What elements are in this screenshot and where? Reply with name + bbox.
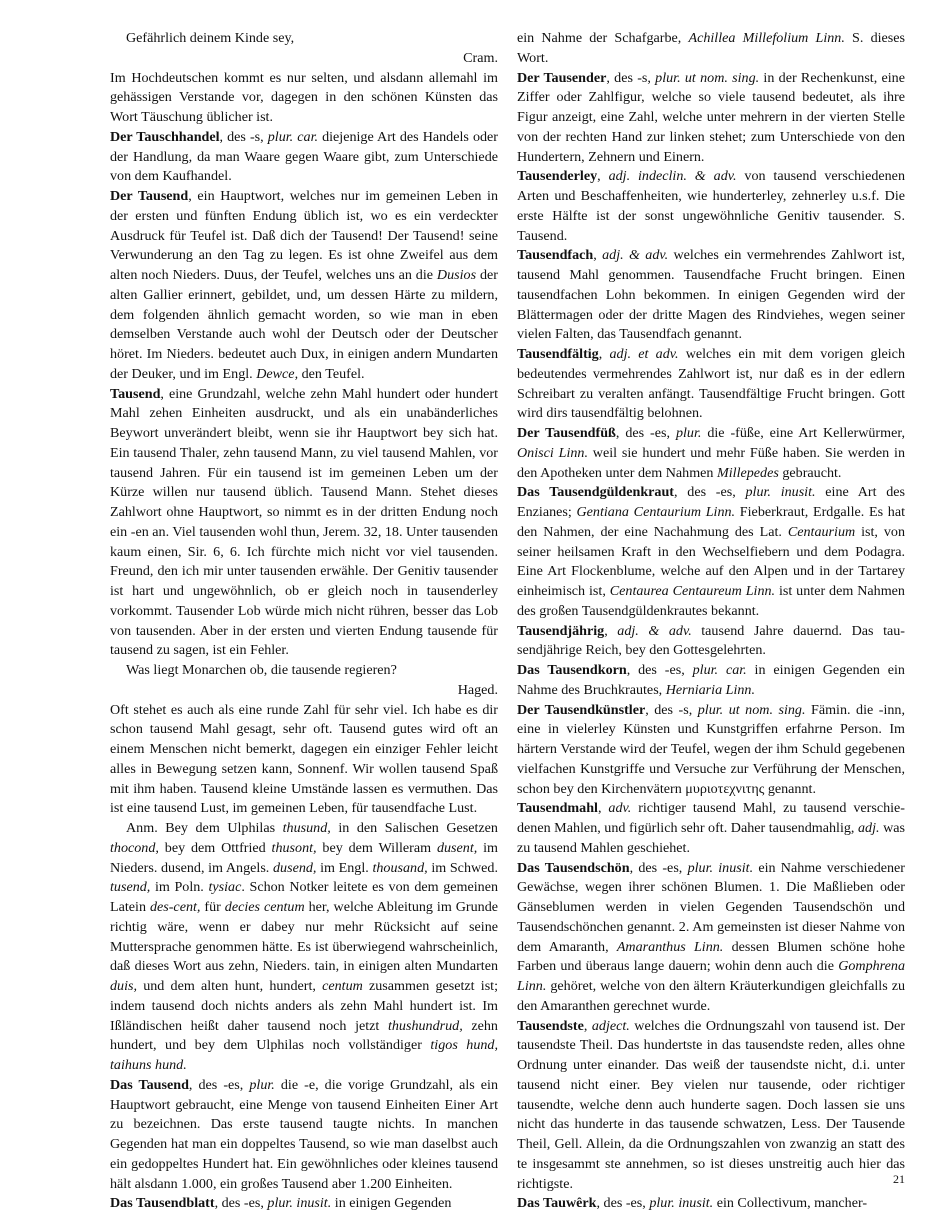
entry-text: , des -es, <box>627 662 693 678</box>
entry-text: bey dem Willeram <box>317 840 437 856</box>
entry-headword: Tausendfach <box>517 247 593 263</box>
entry-text: für <box>200 899 224 915</box>
entry-text: , des -s, <box>645 702 698 718</box>
italic-term: decies centum <box>225 899 305 915</box>
italic-term: thocond, <box>110 840 159 856</box>
entry-headword: Tausend <box>110 386 160 402</box>
quote-attribution: Haged. <box>110 681 498 701</box>
entry-text: Im Hochdeutschen kommt es nur selten, un… <box>110 70 498 126</box>
entry-text: in einigen Gegenden <box>331 1195 451 1210</box>
italic-term: plur. car. <box>268 129 318 145</box>
entry-text: im Engl. <box>316 860 372 876</box>
entry-headword: Tausendjährig <box>517 623 604 639</box>
dictionary-entry: Der Tausender, des -s, plur. ut nom. sin… <box>517 69 905 168</box>
page-number: 21 <box>885 1172 905 1187</box>
entry-text: , des -s, <box>606 70 655 86</box>
italic-term: centum <box>322 978 363 994</box>
dictionary-entry: Der Tausendkünstler, des -s, plur. ut no… <box>517 701 905 800</box>
italic-term: plur. <box>676 425 701 441</box>
dictionary-entry: Im Hochdeutschen kommt es nur selten, un… <box>110 69 498 128</box>
verse-quote: Gefährlich deinem Kinde sey, <box>110 29 498 49</box>
italic-term: Dewce, <box>256 366 298 382</box>
entry-text: die -füße, eine Art Kellerwür­mer, <box>701 425 905 441</box>
italic-term: plur. inusit. <box>688 860 754 876</box>
italic-term: plur. ut nom. sing. <box>698 702 806 718</box>
entry-text: im Poln. <box>150 879 208 895</box>
italic-term: duis, <box>110 978 137 994</box>
entry-text: in den Salischen Gesetzen <box>331 820 498 836</box>
dictionary-entry: Das Tausendgüldenkraut, des -es, plur. i… <box>517 483 905 621</box>
italic-term: Herniaria Linn. <box>666 682 755 698</box>
entry-headword: Das Tauwêrk <box>517 1195 597 1210</box>
dictionary-entry: Das Tausendkorn, des -es, plur. car. in … <box>517 661 905 701</box>
entry-text: , <box>598 800 608 816</box>
entry-text: , <box>584 1018 592 1034</box>
italic-term: Gentiana Centaurium Linn. <box>577 504 736 520</box>
entry-headword: Das Tausendblatt <box>110 1195 215 1210</box>
dictionary-entry: Tausenderley, adj. indeclin. & adv. von … <box>517 167 905 246</box>
entry-text: den Teufel. <box>298 366 364 382</box>
dictionary-entry: Tausendjährig, adj. & adv. tausend Jahre… <box>517 622 905 662</box>
entry-text: im Schwed. <box>428 860 498 876</box>
entry-text: ge­braucht. <box>779 465 842 481</box>
italic-term: plur. car. <box>693 662 747 678</box>
italic-term: tysiac <box>208 879 241 895</box>
italic-term: plur. inusit. <box>649 1195 713 1210</box>
entry-text: Cram. <box>463 50 498 66</box>
entry-text: Was liegt Monarchen ob, die tausende reg… <box>126 662 397 678</box>
italic-term: adject. <box>592 1018 630 1034</box>
entry-text: die -e, die vorige Grundzahl, als ein Ha… <box>110 1077 498 1192</box>
italic-term: adj. et adv. <box>609 346 678 362</box>
italic-term: adj. <box>858 820 880 836</box>
entry-text: , des -es, <box>597 1195 650 1210</box>
dictionary-entry: Tausendfach, adj. & adv. welches ein ver… <box>517 246 905 345</box>
italic-term: adj. & adv. <box>602 247 668 263</box>
italic-term: Millepedes <box>717 465 779 481</box>
entry-text: , <box>597 168 608 184</box>
entry-headword: Der Tausender <box>517 70 606 86</box>
italic-term: adj. & adv. <box>617 623 691 639</box>
dictionary-entry: ein Nahme der Schafgarbe, Achillea Mille… <box>517 29 905 69</box>
entry-text: , eine Grundzahl, welche zehn Mahl hunde… <box>110 386 498 659</box>
entry-text: welches die Ordnungszahl von tausend ist… <box>517 1018 905 1192</box>
dictionary-entry: Tausendmahl, adv. richtiger tausend Mahl… <box>517 799 905 858</box>
entry-text: , des -es, <box>215 1195 268 1210</box>
dictionary-entry: Tausendste, adject. welches die Ordnungs… <box>517 1017 905 1195</box>
entry-text: , des -es, <box>189 1077 249 1093</box>
dictionary-entry: Das Tauwêrk, des -es, plur. inusit. ein … <box>517 1194 905 1210</box>
entry-text: , des -es, <box>616 425 676 441</box>
right-column: ein Nahme der Schafgarbe, Achillea Mille… <box>517 29 905 1210</box>
dictionary-entry: Das Tausendschön, des -es, plur. inusit.… <box>517 859 905 1017</box>
entry-text: ein Nahme der Schafgarbe, <box>517 30 688 46</box>
quote-attribution: Cram. <box>110 49 498 69</box>
verse-quote: Was liegt Monarchen ob, die tausende reg… <box>110 661 498 681</box>
italic-term: dusend, <box>273 860 316 876</box>
italic-term: Centaurium <box>788 524 855 540</box>
italic-term: dusent, <box>437 840 477 856</box>
dictionary-entry: Der Tausendfüß, des -es, plur. die -füße… <box>517 424 905 483</box>
italic-term: Onisci Linn. <box>517 445 588 461</box>
entry-text: Gefährlich deinem Kinde sey, <box>126 30 294 46</box>
entry-headword: Tausenderley <box>517 168 597 184</box>
dictionary-entry: Oft stehet es auch als eine runde Zahl f… <box>110 701 498 820</box>
italic-term: tusend, <box>110 879 150 895</box>
entry-text: ein Collectivum, mancher- <box>713 1195 867 1210</box>
entry-text: Anm. Bey dem Ulphilas <box>126 820 283 836</box>
italic-term: plur. <box>249 1077 274 1093</box>
entry-headword: Tausendmahl <box>517 800 598 816</box>
entry-headword: Tausendfältig <box>517 346 599 362</box>
entry-text: und dem alten hunt, hundert, <box>137 978 322 994</box>
italic-term: plur. ut nom. sing. <box>655 70 759 86</box>
entry-headword: Das Tausendkorn <box>517 662 627 678</box>
italic-term: Dusios <box>437 267 476 283</box>
entry-headword: Der Tausendfüß <box>517 425 616 441</box>
italic-term: plur. inusit. <box>746 484 816 500</box>
entry-text: gehöret, welche von den ältern Kräuterku… <box>517 978 905 1014</box>
entry-text: bey dem Ottfried <box>159 840 272 856</box>
entry-headword: Der Tausendkünstler <box>517 702 645 718</box>
dictionary-page: Gefährlich deinem Kinde sey,Cram.Im Hoch… <box>0 0 935 1210</box>
dictionary-entry: Tausend, eine Grundzahl, welche zehn Mah… <box>110 385 498 662</box>
italic-term: adj. indeclin. & adv. <box>609 168 737 184</box>
dictionary-entry: Das Tausend, des -es, plur. die -e, die … <box>110 1076 498 1195</box>
italic-term: thushundrud, <box>388 1018 463 1034</box>
entry-headword: Das Tausendschön <box>517 860 630 876</box>
entry-headword: Der Tausend <box>110 188 188 204</box>
dictionary-entry: Tausendfältig, adj. et adv. welches ein … <box>517 345 905 424</box>
entry-headword: Der Tauschhandel <box>110 129 220 145</box>
entry-headword: Tausendste <box>517 1018 584 1034</box>
italic-term: adv. <box>608 800 631 816</box>
entry-text: , des -es, <box>630 860 688 876</box>
dictionary-entry: Der Tausend, ein Hauptwort, welches nur … <box>110 187 498 385</box>
italic-term: thusont, <box>272 840 317 856</box>
italic-term: thousand, <box>372 860 427 876</box>
italic-term: Amaranthus Linn. <box>617 939 724 955</box>
italic-term: Achillea Millefolium Linn. <box>688 30 844 46</box>
italic-term: plur. inusit. <box>267 1195 331 1210</box>
entry-text: der alten Gallier erinnert, gebildet, un… <box>110 267 498 382</box>
entry-text: , <box>599 346 610 362</box>
entry-text: , des -es, <box>674 484 745 500</box>
entry-headword: Das Tausend <box>110 1077 189 1093</box>
entry-text: Haged. <box>458 682 498 698</box>
italic-term: Centaurea Centaureum Linn. <box>610 583 775 599</box>
entry-headword: Das Tausendgüldenkraut <box>517 484 674 500</box>
entry-text: , <box>604 623 617 639</box>
dictionary-entry: Anm. Bey dem Ulphilas thusund, in den Sa… <box>110 819 498 1076</box>
entry-text: , des -s, <box>220 129 268 145</box>
dictionary-entry: Das Tausendblatt, des -es, plur. inusit.… <box>110 1194 498 1210</box>
left-column: Gefährlich deinem Kinde sey,Cram.Im Hoch… <box>110 29 498 1210</box>
italic-term: thusund, <box>283 820 331 836</box>
italic-term: des-cent, <box>150 899 200 915</box>
dictionary-entry: Der Tauschhandel, des -s, plur. car. die… <box>110 128 498 187</box>
entry-text: , <box>593 247 602 263</box>
entry-text: Oft stehet es auch als eine runde Zahl f… <box>110 702 498 817</box>
